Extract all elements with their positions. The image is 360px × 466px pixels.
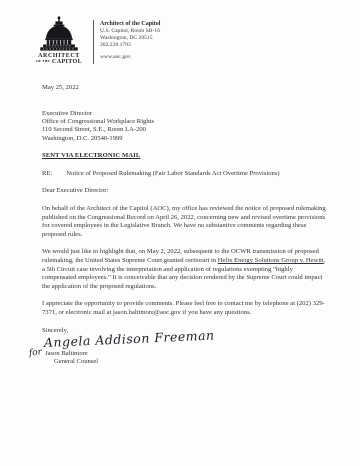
letterhead-divider xyxy=(93,20,94,64)
paragraph-1: On behalf of the Architect of the Capito… xyxy=(42,205,328,239)
signer-title: General Counsel xyxy=(54,358,328,366)
letterhead-phone: 202.228.1793 xyxy=(100,42,160,49)
recipient-line: Office of Congressional Workplace Rights xyxy=(42,118,328,126)
signer-name: Jason Baltimore xyxy=(45,350,88,359)
aoc-logo: ARCHITECT OF THE CAPITOL xyxy=(33,16,85,66)
paragraph-3: I appreciate the opportunity to provide … xyxy=(42,300,328,317)
letterhead-address-line1: U.S. Capitol, Room SB-16 xyxy=(100,28,160,35)
capitol-dome-icon xyxy=(37,16,81,52)
scanned-letter-page: { "letterhead": { "logo": { "line1": "AR… xyxy=(0,0,360,466)
logo-wordmark-ofthe: OF THE xyxy=(36,59,50,63)
closing-block: Sincerely, Angela Addison Freeman for Ja… xyxy=(42,327,328,367)
letterhead-address-line2: Washington, DC 20515 xyxy=(100,35,160,42)
salutation: Dear Executive Director: xyxy=(42,187,328,196)
recipient-address-block: Executive Director Office of Congression… xyxy=(42,110,328,144)
letter-date: May 25, 2022 xyxy=(42,84,328,93)
letterhead-address-block: Architect of the Capitol U.S. Capitol, R… xyxy=(100,16,160,66)
letterhead-website: www.aoc.gov xyxy=(100,54,160,60)
re-subject: Notice of Proposed Rulemaking (Fair Labo… xyxy=(66,170,279,179)
letterhead: ARCHITECT OF THE CAPITOL Architect of th… xyxy=(33,16,160,66)
letter-body: May 25, 2022 Executive Director Office o… xyxy=(42,84,328,367)
re-label: RE: xyxy=(42,170,52,179)
case-citation: Helix Energy Solutions Group v. Hewitt xyxy=(218,257,324,264)
letterhead-org-name: Architect of the Capitol xyxy=(100,21,160,28)
re-line: RE: Notice of Proposed Rulemaking (Fair … xyxy=(42,170,328,179)
recipient-line: Executive Director xyxy=(42,110,328,118)
paragraph-2: We would just like to highlight that, on… xyxy=(42,248,328,291)
recipient-line: 110 Second Street, S.E., Room LA-200 xyxy=(42,126,328,134)
delivery-method-line: SENT VIA ELECTRONIC MAIL xyxy=(42,152,328,161)
signer-line: for Jason Baltimore xyxy=(42,349,328,359)
logo-wordmark-capitol: OF THE CAPITOL xyxy=(33,59,85,65)
handwritten-for: for xyxy=(29,348,43,358)
recipient-line: Washington, D.C. 20540-1999 xyxy=(42,135,328,143)
